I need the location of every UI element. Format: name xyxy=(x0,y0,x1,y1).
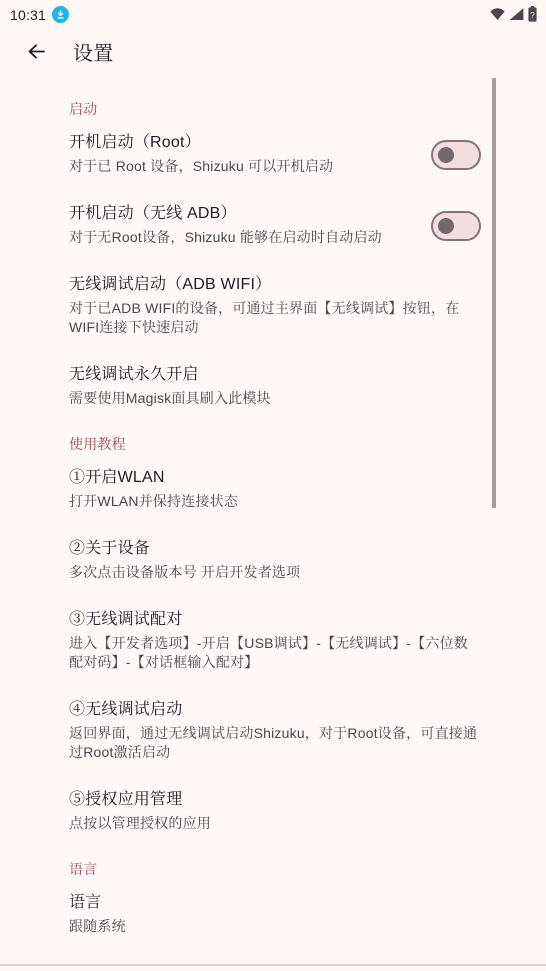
pref-title: 语言 xyxy=(69,893,481,913)
toggle-thumb xyxy=(438,218,454,234)
page-title: 设置 xyxy=(73,37,114,66)
app-bar: 设置 xyxy=(0,28,546,75)
pref-subtitle: 对于无Root设备，Shizuku 能够在启动时自动启动 xyxy=(69,228,417,247)
pref-title: ⑤授权应用管理 xyxy=(69,790,481,810)
status-bar: 10:31 ? xyxy=(0,0,546,28)
pref-title: ③无线调试配对 xyxy=(69,610,481,630)
pref-subtitle: 对于已ADB WIFI的设备，可通过主界面【无线调试】按钮，在WIFI连接下快速… xyxy=(69,299,481,337)
pref-subtitle: 需要使用Magisk面具刷入此模块 xyxy=(69,389,481,408)
pref-item-language[interactable]: 语言 跟随系统 xyxy=(69,879,481,950)
pref-item-boot-wireless-adb[interactable]: 开机启动（无线 ADB） 对于无Root设备，Shizuku 能够在启动时自动启… xyxy=(69,190,481,261)
pref-subtitle: 跟随系统 xyxy=(69,917,481,936)
settings-list: 启动 开机启动（Root） 对于已 Root 设备，Shizuku 可以开机启动… xyxy=(0,99,546,950)
download-notification-icon xyxy=(52,6,69,23)
pref-subtitle: 返回界面，通过无线调试启动Shizuku，对于Root设备，可直接通过Root激… xyxy=(69,724,481,762)
scrollbar[interactable] xyxy=(492,78,496,508)
section-label-startup: 启动 xyxy=(69,99,480,119)
wifi-icon xyxy=(490,8,505,20)
pref-item-tutorial-step4[interactable]: ④无线调试启动 返回界面，通过无线调试启动Shizuku，对于Root设备，可直… xyxy=(69,686,481,776)
toggle-boot-root[interactable] xyxy=(431,140,481,170)
bottom-divider xyxy=(0,964,546,966)
status-time: 10:31 xyxy=(10,6,46,23)
section-label-tutorial: 使用教程 xyxy=(69,434,480,454)
pref-subtitle: 进入【开发者选项】-开启【USB调试】-【无线调试】-【六位数配对码】-【对话框… xyxy=(69,634,481,672)
pref-title: ①开启WLAN xyxy=(69,468,481,488)
pref-item-tutorial-step3[interactable]: ③无线调试配对 进入【开发者选项】-开启【USB调试】-【无线调试】-【六位数配… xyxy=(69,596,481,686)
pref-item-wireless-debug-persist[interactable]: 无线调试永久开启 需要使用Magisk面具刷入此模块 xyxy=(69,351,481,422)
pref-subtitle: 对于已 Root 设备，Shizuku 可以开机启动 xyxy=(69,157,417,176)
status-right-icons: ? xyxy=(490,6,537,22)
pref-title: 无线调试启动（ADB WIFI） xyxy=(69,275,481,295)
pref-subtitle: 打开WLAN并保持连接状态 xyxy=(69,492,481,511)
svg-text:?: ? xyxy=(530,11,535,20)
toggle-boot-wireless-adb[interactable] xyxy=(431,211,481,241)
pref-item-tutorial-step1[interactable]: ①开启WLAN 打开WLAN并保持连接状态 xyxy=(69,454,481,525)
pref-title: ②关于设备 xyxy=(69,539,481,559)
pref-item-adb-wifi-start[interactable]: 无线调试启动（ADB WIFI） 对于已ADB WIFI的设备，可通过主界面【无… xyxy=(69,261,481,351)
pref-title: 开机启动（Root） xyxy=(69,133,417,153)
cellular-signal-icon xyxy=(509,8,524,20)
toggle-thumb xyxy=(438,147,454,163)
back-button[interactable] xyxy=(24,40,48,64)
pref-item-boot-root[interactable]: 开机启动（Root） 对于已 Root 设备，Shizuku 可以开机启动 xyxy=(69,119,481,190)
pref-title: ④无线调试启动 xyxy=(69,700,481,720)
section-label-language: 语言 xyxy=(69,859,480,879)
pref-title: 无线调试永久开启 xyxy=(69,365,481,385)
pref-item-tutorial-step2[interactable]: ②关于设备 多次点击设备版本号 开启开发者选项 xyxy=(69,525,481,596)
pref-title: 开机启动（无线 ADB） xyxy=(69,204,417,224)
pref-subtitle: 多次点击设备版本号 开启开发者选项 xyxy=(69,563,481,582)
pref-item-tutorial-step5[interactable]: ⑤授权应用管理 点按以管理授权的应用 xyxy=(69,776,481,847)
battery-icon: ? xyxy=(528,6,537,22)
pref-subtitle: 点按以管理授权的应用 xyxy=(69,814,481,833)
back-arrow-icon xyxy=(26,41,47,62)
